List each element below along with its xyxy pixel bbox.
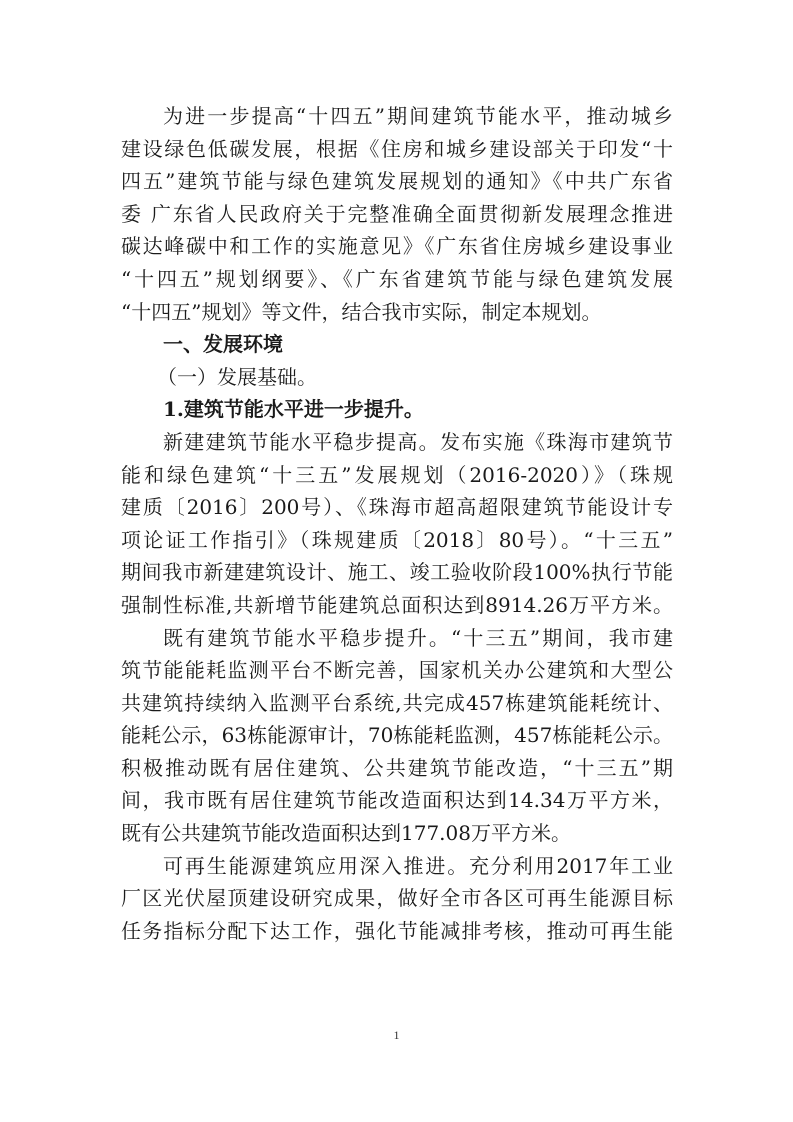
page-number: 1 xyxy=(0,1028,793,1043)
document-page: 为进一步提高“十四五”期间建筑节能水平，推动城乡 建设绿色低碳发展，根据《住房和… xyxy=(121,100,673,947)
intro-line: 委 广东省人民政府关于完整准确全面贯彻新发展理念推进 xyxy=(121,198,673,231)
paragraph-line: 建质〔2016〕200号）、《珠海市超高超限建筑节能设计专 xyxy=(121,491,673,524)
paragraph-line: 共建筑持续纳入监测平台系统,共完成457栋建筑能耗统计、 xyxy=(121,687,673,720)
paragraph-line: 厂区光伏屋顶建设研究成果，做好全市各区可再生能源目标 xyxy=(121,882,673,915)
paragraph-line: 任务指标分配下达工作，强化节能减排考核，推动可再生能 xyxy=(121,915,673,948)
paragraph-line: 筑节能能耗监测平台不断完善，国家机关办公建筑和大型公 xyxy=(121,654,673,687)
paragraph-line: 可再生能源建筑应用深入推进。充分利用2017年工业 xyxy=(121,850,673,883)
paragraph-line: 能和绿色建筑“十三五”发展规划（2016-2020）》（珠规 xyxy=(121,459,673,492)
item-heading: 1.建筑节能水平进一步提升。 xyxy=(121,393,673,426)
paragraph-line: 新建建筑节能水平稳步提高。发布实施《珠海市建筑节 xyxy=(121,426,673,459)
intro-line: 碳达峰碳中和工作的实施意见》《广东省住房城乡建设事业 xyxy=(121,230,673,263)
intro-line: “十四五”规划纲要》、《广东省建筑节能与绿色建筑发展 xyxy=(121,263,673,296)
paragraph-line: 能耗公示，63栋能源审计，70栋能耗监测，457栋能耗公示。 xyxy=(121,719,673,752)
paragraph-line: 项论证工作指引》（珠规建质〔2018〕80号）。“十三五” xyxy=(121,524,673,557)
paragraph-line: 期间我市新建建筑设计、施工、竣工验收阶段100%执行节能 xyxy=(121,556,673,589)
subsection-heading: （一）发展基础。 xyxy=(121,361,673,394)
paragraph-line: 强制性标准,共新增节能建筑总面积达到8914.26万平方米。 xyxy=(121,589,673,622)
paragraph-line: 既有公共建筑节能改造面积达到177.08万平方米。 xyxy=(121,817,673,850)
intro-line: 四五”建筑节能与绿色建筑发展规划的通知》《中共广东省 xyxy=(121,165,673,198)
paragraph-line: 积极推动既有居住建筑、公共建筑节能改造，“十三五”期 xyxy=(121,752,673,785)
paragraph-line: 间，我市既有居住建筑节能改造面积达到14.34万平方米， xyxy=(121,784,673,817)
section-heading: 一、发展环境 xyxy=(121,328,673,361)
intro-line: 建设绿色低碳发展，根据《住房和城乡建设部关于印发“十 xyxy=(121,133,673,166)
paragraph-line: 既有建筑节能水平稳步提升。“十三五”期间，我市建 xyxy=(121,622,673,655)
intro-line: 为进一步提高“十四五”期间建筑节能水平，推动城乡 xyxy=(121,100,673,133)
intro-line: “十四五”规划》等文件，结合我市实际，制定本规划。 xyxy=(121,296,673,329)
